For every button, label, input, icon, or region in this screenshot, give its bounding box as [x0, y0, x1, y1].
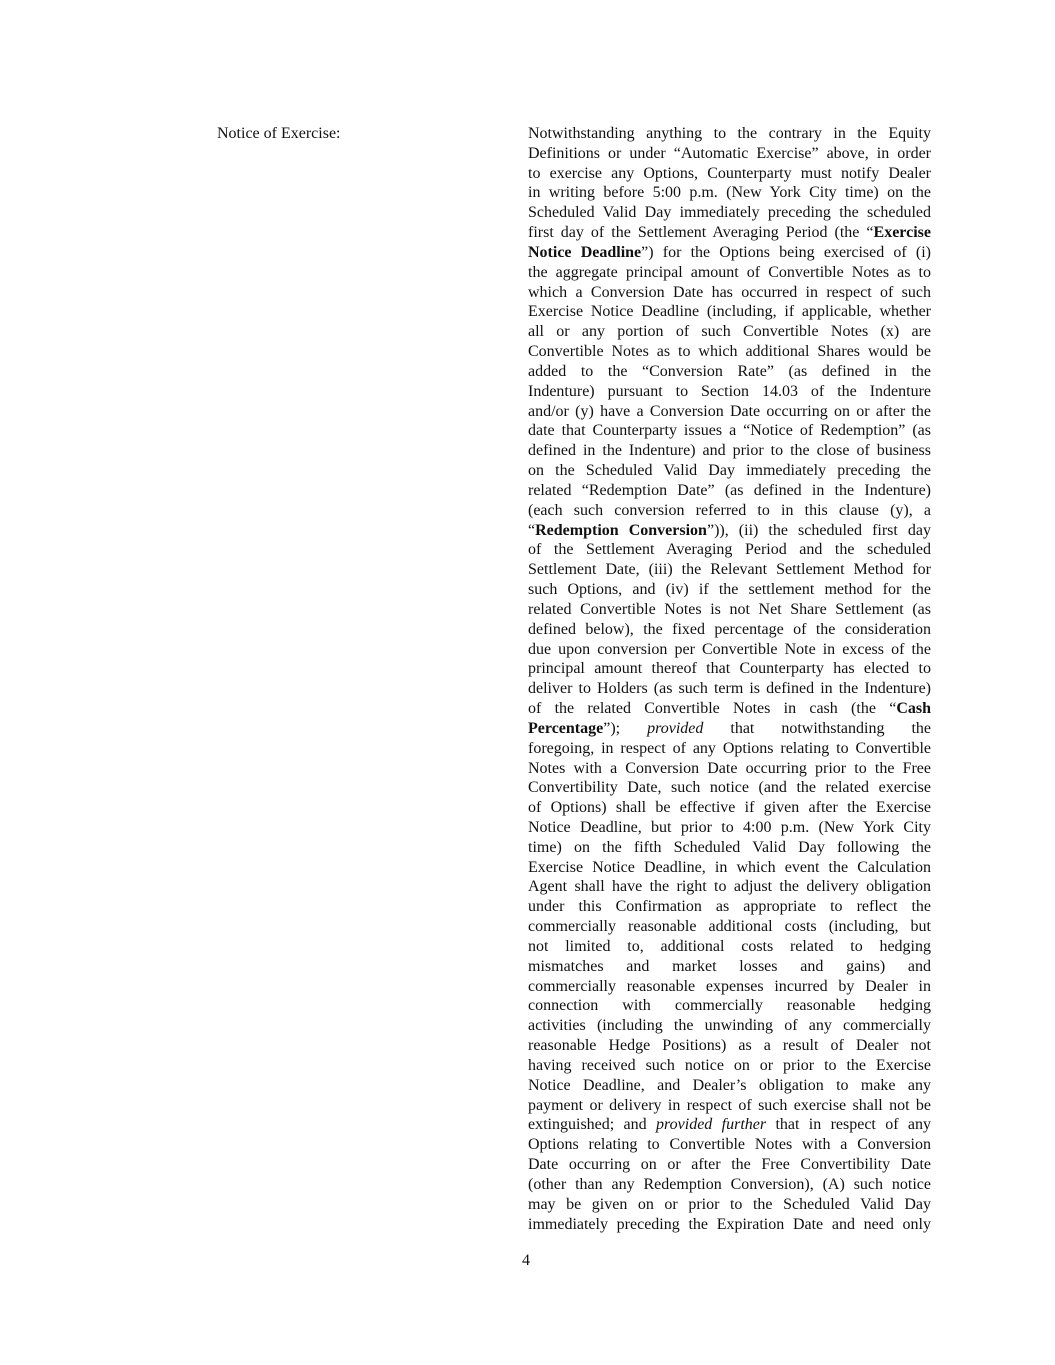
text-run: payment or delivery in respect of such e… [528, 1097, 931, 1114]
text-run: added to the “Conversion Rate” (as defin… [528, 363, 931, 380]
text-run: related “Redemption Date” (as defined in… [528, 482, 931, 499]
text-line: connection with commercially reasonable … [528, 996, 931, 1016]
text-line: Definitions or under “Automatic Exercise… [528, 144, 931, 164]
text-line: which a Conversion Date has occurred in … [528, 283, 931, 303]
text-run: Convertible Notes as to which additional… [528, 343, 931, 360]
text-run: Options relating to Convertible Notes wi… [528, 1136, 931, 1153]
defined-term: Cash [896, 700, 931, 717]
text-run: Scheduled Valid Day immediately precedin… [528, 204, 931, 221]
text-run: to exercise any Options, Counterparty mu… [528, 165, 931, 182]
text-run: mismatches and market losses and gains) … [528, 958, 931, 975]
text-run: may be given on or prior to the Schedule… [528, 1196, 931, 1213]
text-line: related “Redemption Date” (as defined in… [528, 481, 931, 501]
text-line: Date occurring on or after the Free Conv… [528, 1155, 931, 1175]
emphasis-text: provided further [656, 1116, 766, 1133]
text-run: first day of the Settlement Averaging Pe… [528, 224, 874, 241]
text-run: Definitions or under “Automatic Exercise… [528, 145, 931, 162]
text-run: activities (including the unwinding of a… [528, 1017, 931, 1034]
text-run: of the related Convertible Notes in cash… [528, 700, 896, 717]
text-line: defined below), the fixed percentage of … [528, 620, 931, 640]
text-line: Agent shall have the right to adjust the… [528, 877, 931, 897]
text-line: commercially reasonable additional costs… [528, 917, 931, 937]
text-line: Indenture) pursuant to Section 14.03 of … [528, 382, 931, 402]
text-run: Notwithstanding anything to the contrary… [528, 125, 931, 142]
text-run: reasonable Hedge Positions) as a result … [528, 1037, 931, 1054]
text-run: (other than any Redemption Conversion), … [528, 1176, 931, 1193]
text-run: due upon conversion per Convertible Note… [528, 641, 931, 658]
text-line: due upon conversion per Convertible Note… [528, 640, 931, 660]
text-run: ”)), (ii) the scheduled first day [707, 522, 931, 539]
text-line: Exercise Notice Deadline (including, if … [528, 302, 931, 322]
text-line: such Options, and (iv) if the settlement… [528, 580, 931, 600]
text-line: date that Counterparty issues a “Notice … [528, 421, 931, 441]
text-run: commercially reasonable expenses incurre… [528, 978, 931, 995]
text-run: the aggregate principal amount of Conver… [528, 264, 931, 281]
text-line: Options relating to Convertible Notes wi… [528, 1135, 931, 1155]
text-run: immediately preceding the Expiration Dat… [528, 1216, 931, 1233]
text-run: defined in the Indenture) and prior to t… [528, 442, 931, 459]
text-line: Exercise Notice Deadline, in which event… [528, 858, 931, 878]
text-line: deliver to Holders (as such term is defi… [528, 679, 931, 699]
text-run: that in respect of any [766, 1116, 931, 1133]
text-line: Notice Deadline, but prior to 4:00 p.m. … [528, 818, 931, 838]
text-run: which a Conversion Date has occurred in … [528, 284, 931, 301]
text-run: ”); [603, 720, 647, 737]
text-line: commercially reasonable expenses incurre… [528, 977, 931, 997]
text-run: on the Scheduled Valid Day immediately p… [528, 462, 931, 479]
text-line: defined in the Indenture) and prior to t… [528, 441, 931, 461]
text-line: all or any portion of such Convertible N… [528, 322, 931, 342]
text-run: connection with commercially reasonable … [528, 997, 931, 1014]
text-line: having received such notice on or prior … [528, 1056, 931, 1076]
text-line: on the Scheduled Valid Day immediately p… [528, 461, 931, 481]
text-line: (each such conversion referred to in thi… [528, 501, 931, 521]
text-line: reasonable Hedge Positions) as a result … [528, 1036, 931, 1056]
text-run: Exercise Notice Deadline, in which event… [528, 859, 931, 876]
text-run: Notes with a Conversion Date occurring p… [528, 760, 931, 777]
page-number: 4 [522, 1251, 530, 1271]
text-run: related Convertible Notes is not Net Sha… [528, 601, 931, 618]
text-line: time) on the fifth Scheduled Valid Day f… [528, 838, 931, 858]
text-line: Notice Deadline”) for the Options being … [528, 243, 931, 263]
text-run: that notwithstanding the [703, 720, 931, 737]
defined-term: Redemption Conversion [535, 522, 707, 539]
text-line: of Options) shall be effective if given … [528, 798, 931, 818]
text-run: Indenture) pursuant to Section 14.03 of … [528, 383, 931, 400]
text-line: the aggregate principal amount of Conver… [528, 263, 931, 283]
text-run: deliver to Holders (as such term is defi… [528, 680, 931, 697]
text-line: related Convertible Notes is not Net Sha… [528, 600, 931, 620]
text-run: ”) for the Options being exercised of (i… [641, 244, 931, 261]
text-line: Percentage”); provided that notwithstand… [528, 719, 931, 739]
text-line: foregoing, in respect of any Options rel… [528, 739, 931, 759]
text-run: Agent shall have the right to adjust the… [528, 878, 931, 895]
text-line: activities (including the unwinding of a… [528, 1016, 931, 1036]
text-line: in writing before 5:00 p.m. (New York Ci… [528, 183, 931, 203]
text-line: of the related Convertible Notes in cash… [528, 699, 931, 719]
text-run: principal amount thereof that Counterpar… [528, 660, 931, 677]
text-line: mismatches and market losses and gains) … [528, 957, 931, 977]
text-line: may be given on or prior to the Schedule… [528, 1195, 931, 1215]
text-run: such Options, and (iv) if the settlement… [528, 581, 931, 598]
text-run: in writing before 5:00 p.m. (New York Ci… [528, 184, 931, 201]
text-run: and/or (y) have a Conversion Date occurr… [528, 403, 931, 420]
defined-term: Notice Deadline [528, 244, 641, 261]
text-run: Settlement Date, (iii) the Relevant Sett… [528, 561, 931, 578]
defined-term: Exercise [874, 224, 931, 241]
defined-term: Percentage [528, 720, 603, 737]
text-line: Notwithstanding anything to the contrary… [528, 124, 931, 144]
text-line: immediately preceding the Expiration Dat… [528, 1215, 931, 1235]
text-run: not limited to, additional costs related… [528, 938, 931, 955]
text-run: commercially reasonable additional costs… [528, 918, 931, 935]
text-line: under this Confirmation as appropriate t… [528, 897, 931, 917]
text-run: all or any portion of such Convertible N… [528, 323, 931, 340]
text-line: Convertibility Date, such notice (and th… [528, 778, 931, 798]
text-run: date that Counterparty issues a “Notice … [528, 422, 931, 439]
text-line: Notice Deadline, and Dealer’s obligation… [528, 1076, 931, 1096]
text-line: first day of the Settlement Averaging Pe… [528, 223, 931, 243]
text-line: payment or delivery in respect of such e… [528, 1096, 931, 1116]
text-line: not limited to, additional costs related… [528, 937, 931, 957]
text-line: extinguished; and provided further that … [528, 1115, 931, 1135]
text-run: under this Confirmation as appropriate t… [528, 898, 931, 915]
text-run: of Options) shall be effective if given … [528, 799, 931, 816]
text-run: Notice Deadline, but prior to 4:00 p.m. … [528, 819, 931, 836]
text-line: “Redemption Conversion”)), (ii) the sche… [528, 521, 931, 541]
text-line: and/or (y) have a Conversion Date occurr… [528, 402, 931, 422]
text-line: Settlement Date, (iii) the Relevant Sett… [528, 560, 931, 580]
text-run: foregoing, in respect of any Options rel… [528, 740, 931, 757]
text-run: Notice Deadline, and Dealer’s obligation… [528, 1077, 931, 1094]
text-line: principal amount thereof that Counterpar… [528, 659, 931, 679]
text-run: Exercise Notice Deadline (including, if … [528, 303, 931, 320]
text-line: Notes with a Conversion Date occurring p… [528, 759, 931, 779]
text-line: to exercise any Options, Counterparty mu… [528, 164, 931, 184]
text-line: (other than any Redemption Conversion), … [528, 1175, 931, 1195]
text-run: having received such notice on or prior … [528, 1057, 931, 1074]
text-run: of the Settlement Averaging Period and t… [528, 541, 931, 558]
text-run: time) on the fifth Scheduled Valid Day f… [528, 839, 931, 856]
text-run: Date occurring on or after the Free Conv… [528, 1156, 931, 1173]
text-run: defined below), the fixed percentage of … [528, 621, 931, 638]
text-line: Convertible Notes as to which additional… [528, 342, 931, 362]
section-label-notice-of-exercise: Notice of Exercise: [217, 124, 341, 144]
text-run: extinguished; and [528, 1116, 656, 1133]
text-line: Scheduled Valid Day immediately precedin… [528, 203, 931, 223]
text-line: of the Settlement Averaging Period and t… [528, 540, 931, 560]
section-body-text: Notwithstanding anything to the contrary… [528, 124, 931, 1234]
emphasis-text: provided [647, 720, 703, 737]
text-run: Convertibility Date, such notice (and th… [528, 779, 931, 796]
text-run: (each such conversion referred to in thi… [528, 502, 931, 519]
text-line: added to the “Conversion Rate” (as defin… [528, 362, 931, 382]
